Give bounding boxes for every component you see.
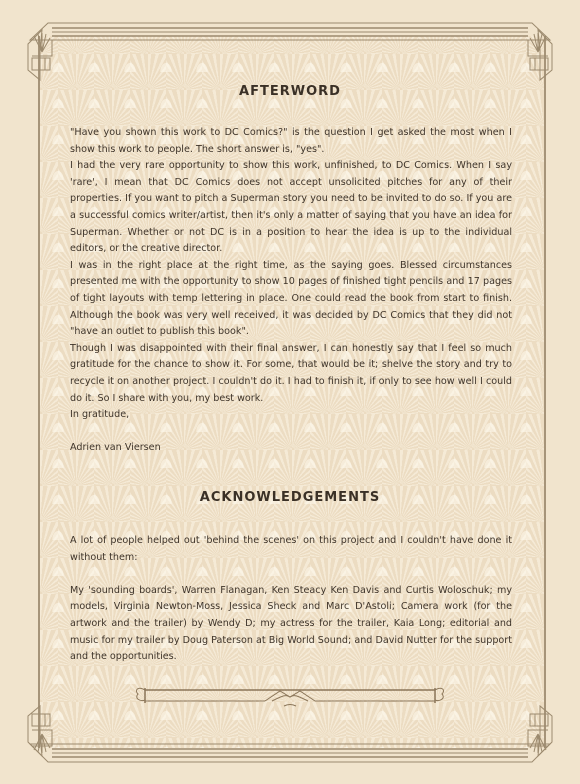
scroll-divider-icon [136,688,443,706]
afterword-paragraph: Though I was disappointed with their fin… [70,341,512,407]
acknowledgements-credits: My 'sounding boards', Warren Flanagan, K… [70,583,512,666]
afterword-paragraph: "Have you shown this work to DC Comics?"… [70,125,512,158]
afterword-paragraph: I was in the right place at the right ti… [70,258,512,341]
bottom-frame-band [30,744,550,762]
fan-corner-icon-top-right [528,30,552,80]
acknowledgements-intro: A lot of people helped out 'behind the s… [70,533,512,566]
top-frame-band [30,23,550,40]
afterword-heading: AFTERWORD [0,84,580,99]
acknowledgements-heading: ACKNOWLEDGEMENTS [0,490,580,505]
afterword-closing: In gratitude, [70,407,512,424]
acknowledgements-body: A lot of people helped out 'behind the s… [70,533,512,666]
fan-corner-icon-bottom-left [28,706,52,756]
author-signature: Adrien van Viersen [70,440,512,457]
fan-corner-icon-bottom-right [528,706,552,756]
fan-corner-icon-top-left [28,30,52,80]
document-page: AFTERWORD "Have you shown this work to D… [0,0,580,784]
afterword-body: "Have you shown this work to DC Comics?"… [70,125,512,457]
afterword-paragraph: I had the very rare opportunity to show … [70,158,512,258]
